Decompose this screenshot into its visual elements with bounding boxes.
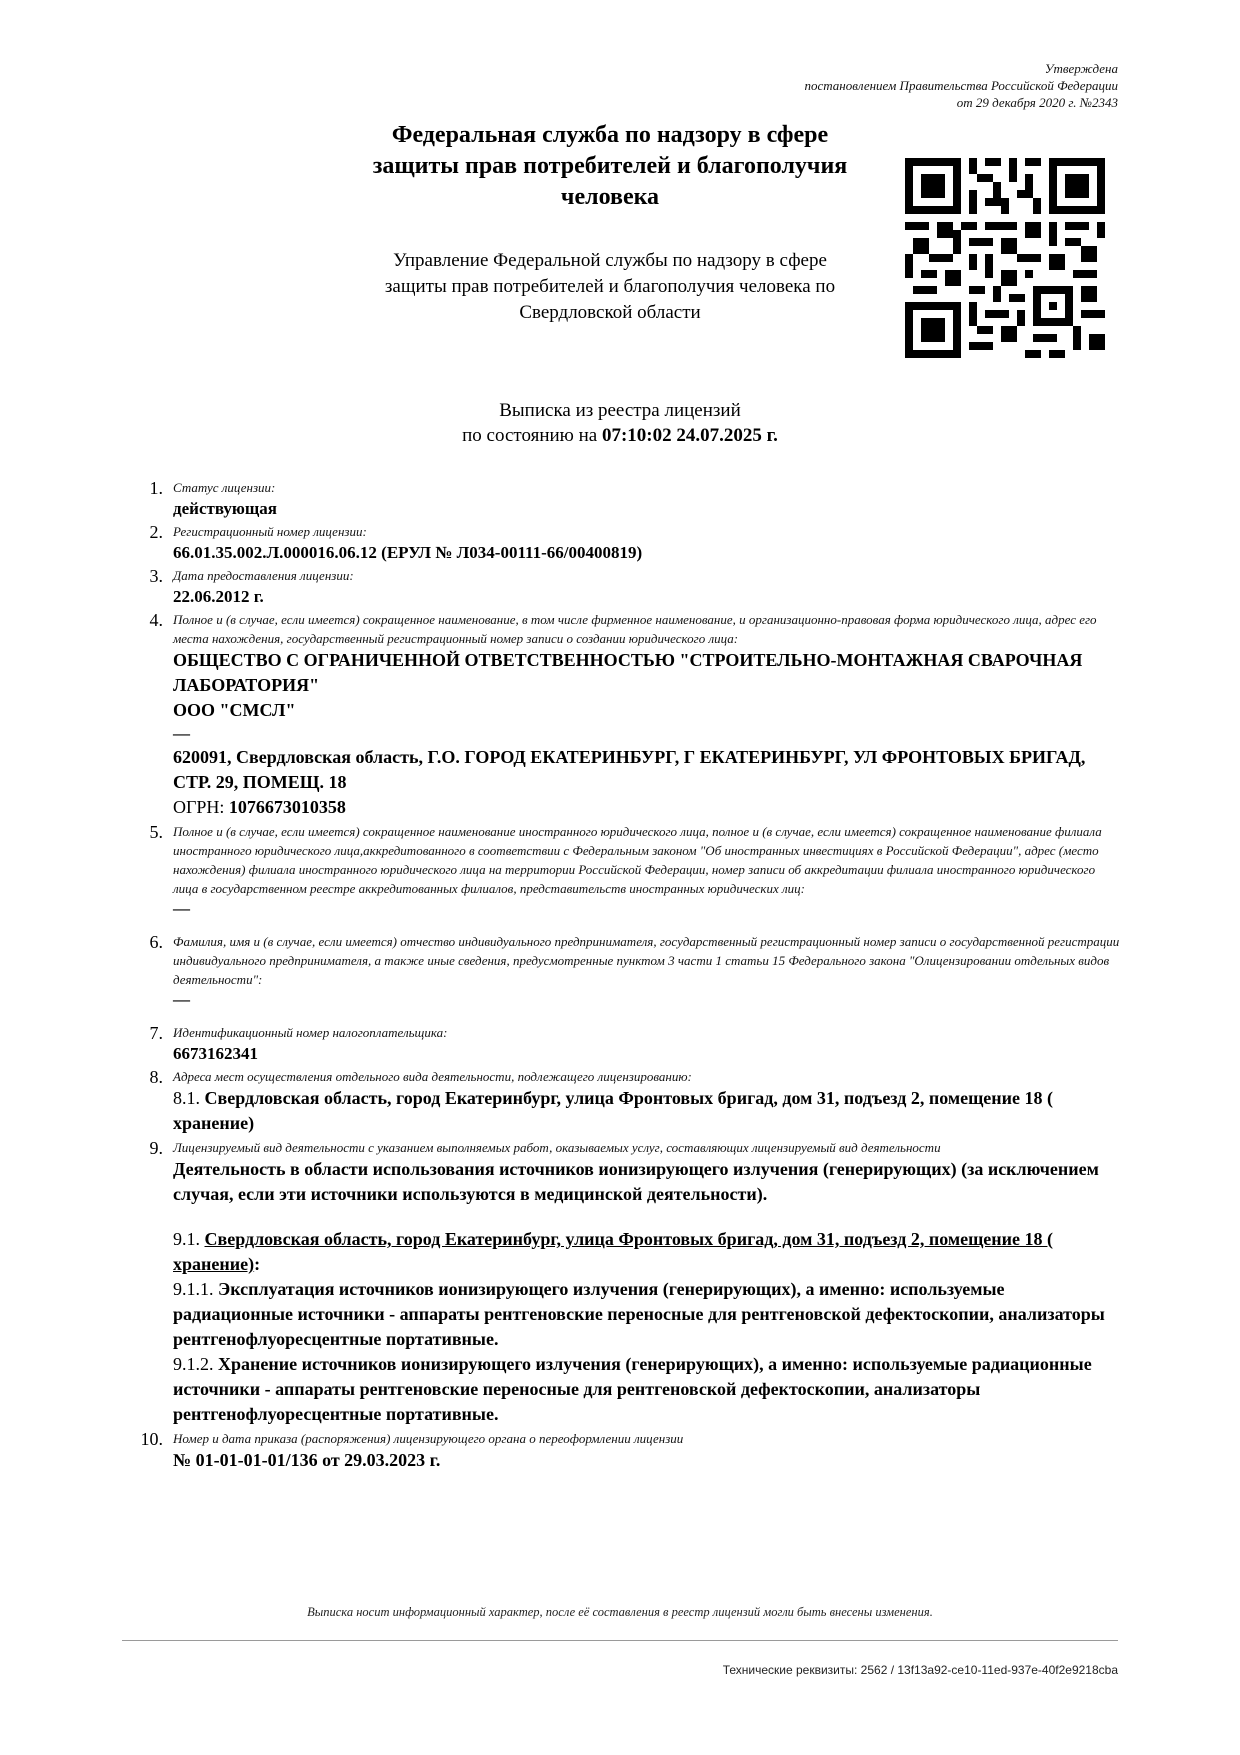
colon: : [254, 1254, 260, 1274]
activity-address-text: Свердловская область, город Екатеринбург… [173, 1088, 1053, 1133]
entity-address: 620091, Свердловская область, Г.О. ГОРОД… [173, 745, 1120, 795]
sub-number: 8.1. [173, 1088, 200, 1108]
reg-number-value: 66.01.35.002.Л.000016.06.12 (ЕРУЛ № Л034… [173, 541, 1120, 564]
item-number: 4. [130, 610, 163, 630]
entity-ogrn: ОГРН: 1076673010358 [173, 795, 1120, 820]
sub-number: 9.1. [173, 1229, 200, 1249]
item-licensed-activity: 9. Лицензируемый вид деятельности с указ… [130, 1138, 1120, 1427]
item-reg-number: 2. Регистрационный номер лицензии: 66.01… [130, 522, 1120, 564]
item-label: Фамилия, имя и (в случае, если имеется) … [173, 932, 1120, 989]
item-label: Регистрационный номер лицензии: [173, 522, 1120, 541]
item-number: 3. [130, 566, 163, 586]
entity-dash: — [173, 723, 1120, 745]
work-number: 9.1.2. [173, 1354, 214, 1374]
as-of-value: 07:10:02 24.07.2025 г. [602, 425, 778, 446]
licensed-activity-value: Деятельность в области использования ист… [173, 1157, 1120, 1207]
work-item: 9.1.1. Эксплуатация источников ионизирую… [173, 1277, 1120, 1352]
item-status: 1. Статус лицензии: действующая [130, 478, 1120, 520]
item-number: 1. [130, 478, 163, 498]
entity-full-name: ОБЩЕСТВО С ОГРАНИЧЕННОЙ ОТВЕТСТВЕННОСТЬЮ… [173, 648, 1120, 698]
item-number: 5. [130, 822, 163, 842]
item-number: 9. [130, 1138, 163, 1158]
ogrn-value: 1076673010358 [229, 797, 346, 817]
item-activity-addresses: 8. Адреса мест осуществления отдельного … [130, 1067, 1120, 1136]
work-item: 9.1.2. Хранение источников ионизирующего… [173, 1352, 1120, 1427]
item-legal-entity: 4. Полное и (в случае, если имеется) сок… [130, 610, 1120, 820]
extract-as-of: по состоянию на 07:10:02 24.07.2025 г. [0, 423, 1240, 448]
item-label: Идентификационный номер налогоплательщик… [173, 1023, 1120, 1042]
inn-value: 6673162341 [173, 1042, 1120, 1065]
item-number: 6. [130, 932, 163, 952]
approval-note: Утверждена постановлением Правительства … [804, 60, 1118, 111]
item-label: Номер и дата приказа (распоряжения) лице… [173, 1429, 1120, 1448]
ogrn-label: ОГРН: [173, 797, 224, 817]
item-inn: 7. Идентификационный номер налогоплатель… [130, 1023, 1120, 1065]
grant-date-value: 22.06.2012 г. [173, 585, 1120, 608]
license-items: 1. Статус лицензии: действующая 2. Регис… [130, 478, 1120, 1475]
extract-title: Выписка из реестра лицензий [0, 398, 1240, 423]
item-label: Лицензируемый вид деятельности с указани… [173, 1138, 1120, 1157]
item-label: Полное и (в случае, если имеется) сокращ… [173, 610, 1120, 648]
reissue-order-value: № 01-01-01-01/136 от 29.03.2023 г. [173, 1448, 1120, 1473]
approval-line-3: от 29 декабря 2020 г. №2343 [804, 94, 1118, 111]
item-label: Адреса мест осуществления отдельного вид… [173, 1067, 1120, 1086]
activity-sub-address: 9.1. Свердловская область, город Екатери… [173, 1227, 1120, 1277]
license-status-value: действующая [173, 497, 1120, 520]
technical-details: Технические реквизиты: 2562 / 13f13a92-c… [723, 1663, 1118, 1677]
approval-line-2: постановлением Правительства Российской … [804, 77, 1118, 94]
item-reissue-order: 10. Номер и дата приказа (распоряжения) … [130, 1429, 1120, 1473]
activity-sub-address-text: Свердловская область, город Екатеринбург… [173, 1229, 1053, 1274]
disclaimer-note: Выписка носит информационный характер, п… [0, 1605, 1240, 1620]
foreign-entity-value: — [173, 898, 1120, 920]
as-of-prefix: по состоянию на [462, 425, 597, 446]
qr-code-icon [905, 158, 1105, 358]
item-foreign-entity: 5. Полное и (в случае, если имеется) сок… [130, 822, 1120, 930]
item-number: 8. [130, 1067, 163, 1087]
item-grant-date: 3. Дата предоставления лицензии: 22.06.2… [130, 566, 1120, 608]
item-entrepreneur: 6. Фамилия, имя и (в случае, если имеетс… [130, 932, 1120, 1021]
work-text: Хранение источников ионизирующего излуче… [173, 1354, 1092, 1424]
activity-address: 8.1. Свердловская область, город Екатери… [173, 1086, 1120, 1136]
item-label: Статус лицензии: [173, 478, 1120, 497]
approval-line-1: Утверждена [804, 60, 1118, 77]
item-number: 10. [130, 1429, 163, 1449]
work-text: Эксплуатация источников ионизирующего из… [173, 1279, 1105, 1349]
work-number: 9.1.1. [173, 1279, 214, 1299]
extract-heading: Выписка из реестра лицензий по состоянию… [0, 398, 1240, 448]
item-number: 7. [130, 1023, 163, 1043]
entrepreneur-value: — [173, 989, 1120, 1011]
item-label: Полное и (в случае, если имеется) сокращ… [173, 822, 1120, 898]
department-name: Управление Федеральной службы по надзору… [360, 248, 860, 326]
item-number: 2. [130, 522, 163, 542]
agency-title: Федеральная служба по надзору в сфере за… [360, 120, 860, 213]
entity-short-name: ООО "СМСЛ" [173, 698, 1120, 723]
item-label: Дата предоставления лицензии: [173, 566, 1120, 585]
footer-divider [122, 1640, 1118, 1641]
